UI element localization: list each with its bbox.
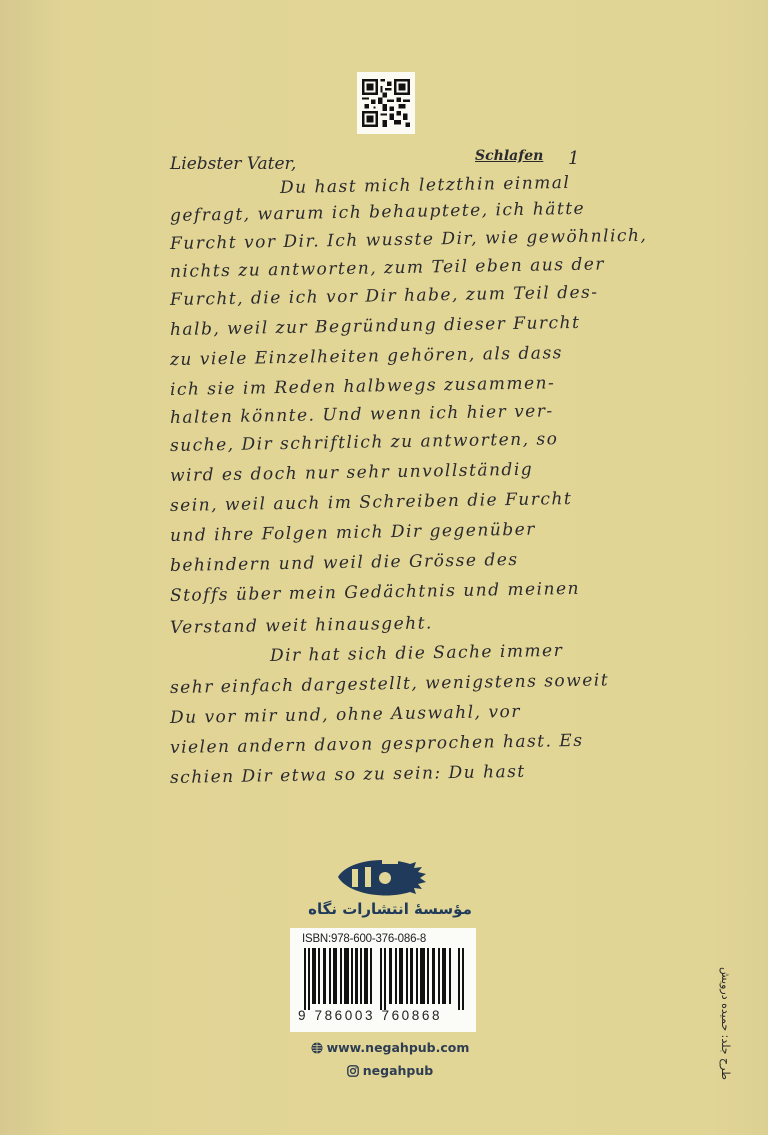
- website-link[interactable]: www.negahpub.com: [280, 1040, 500, 1055]
- letter-line: schien Dir etwa so zu sein: Du hast: [170, 762, 526, 788]
- letter-line: gefragt, warum ich behauptete, ich hätte: [170, 199, 585, 226]
- letter-line: Du vor mir und, ohne Auswahl, vor: [170, 702, 521, 728]
- letter-line: sehr einfach dargestellt, wenigstens sow…: [170, 670, 609, 698]
- globe-icon: [311, 1042, 323, 1054]
- website-url[interactable]: www.negahpub.com: [327, 1040, 470, 1055]
- publisher-logo: [330, 852, 440, 902]
- isbn-label: ISBN:978-600-376-086-8: [302, 933, 426, 945]
- scribbled-word: Schlafen: [475, 148, 543, 164]
- instagram-icon: [347, 1065, 359, 1077]
- publisher-name: مؤسسهٔ انتشارات نگاه: [290, 900, 490, 918]
- letter-line: nichts zu antworten, zum Teil eben aus d…: [170, 254, 605, 282]
- qr-code[interactable]: [357, 72, 415, 134]
- letter-line: wird es doch nur sehr unvollständig: [170, 460, 534, 486]
- salutation: Liebster Vater,: [170, 154, 296, 174]
- instagram-link[interactable]: negahpub: [280, 1063, 500, 1078]
- letter-line: Furcht vor Dir. Ich wusste Dir, wie gewö…: [170, 226, 648, 254]
- instagram-handle[interactable]: negahpub: [363, 1063, 433, 1078]
- cover-designer-credit: طرح جلد: حمیده درویش: [712, 960, 732, 1080]
- letter-line: behindern und weil die Grösse des: [170, 550, 519, 576]
- letter-line: zu viele Einzelheiten gehören, als dass: [170, 343, 563, 370]
- isbn-digits: 9 786003 760868: [298, 1008, 442, 1023]
- isbn-barcode: ISBN:978-600-376-086-8 9 786003 760868: [290, 928, 476, 1032]
- letter-line: vielen andern davon gesprochen hast. Es: [170, 731, 584, 758]
- letter-line: Verstand weit hinausgeht.: [170, 613, 433, 638]
- letter-line: suche, Dir schriftlich zu antworten, so: [170, 429, 559, 456]
- letter-line: ich sie im Reden halbwegs zusammen-: [170, 373, 556, 400]
- qr-code-icon: [362, 79, 410, 127]
- negah-logo-icon: [330, 852, 440, 902]
- letter-line: Stoffs über mein Gedächtnis und meinen: [170, 579, 580, 606]
- letter-line: Furcht, die ich vor Dir habe, zum Teil d…: [170, 283, 599, 310]
- letter-line: Dir hat sich die Sache immer: [270, 641, 564, 666]
- page-number: 1: [568, 148, 579, 169]
- letter-line: sein, weil auch im Schreiben die Furcht: [170, 489, 573, 516]
- letter-line: halb, weil zur Begründung dieser Furcht: [170, 313, 581, 340]
- letter-line: Du hast mich letzthin einmal: [280, 173, 571, 198]
- letter-line: halten könnte. Und wenn ich hier ver-: [170, 401, 554, 428]
- letter-line: und ihre Folgen mich Dir gegenüber: [170, 520, 536, 546]
- barcode-icon: [302, 948, 466, 1010]
